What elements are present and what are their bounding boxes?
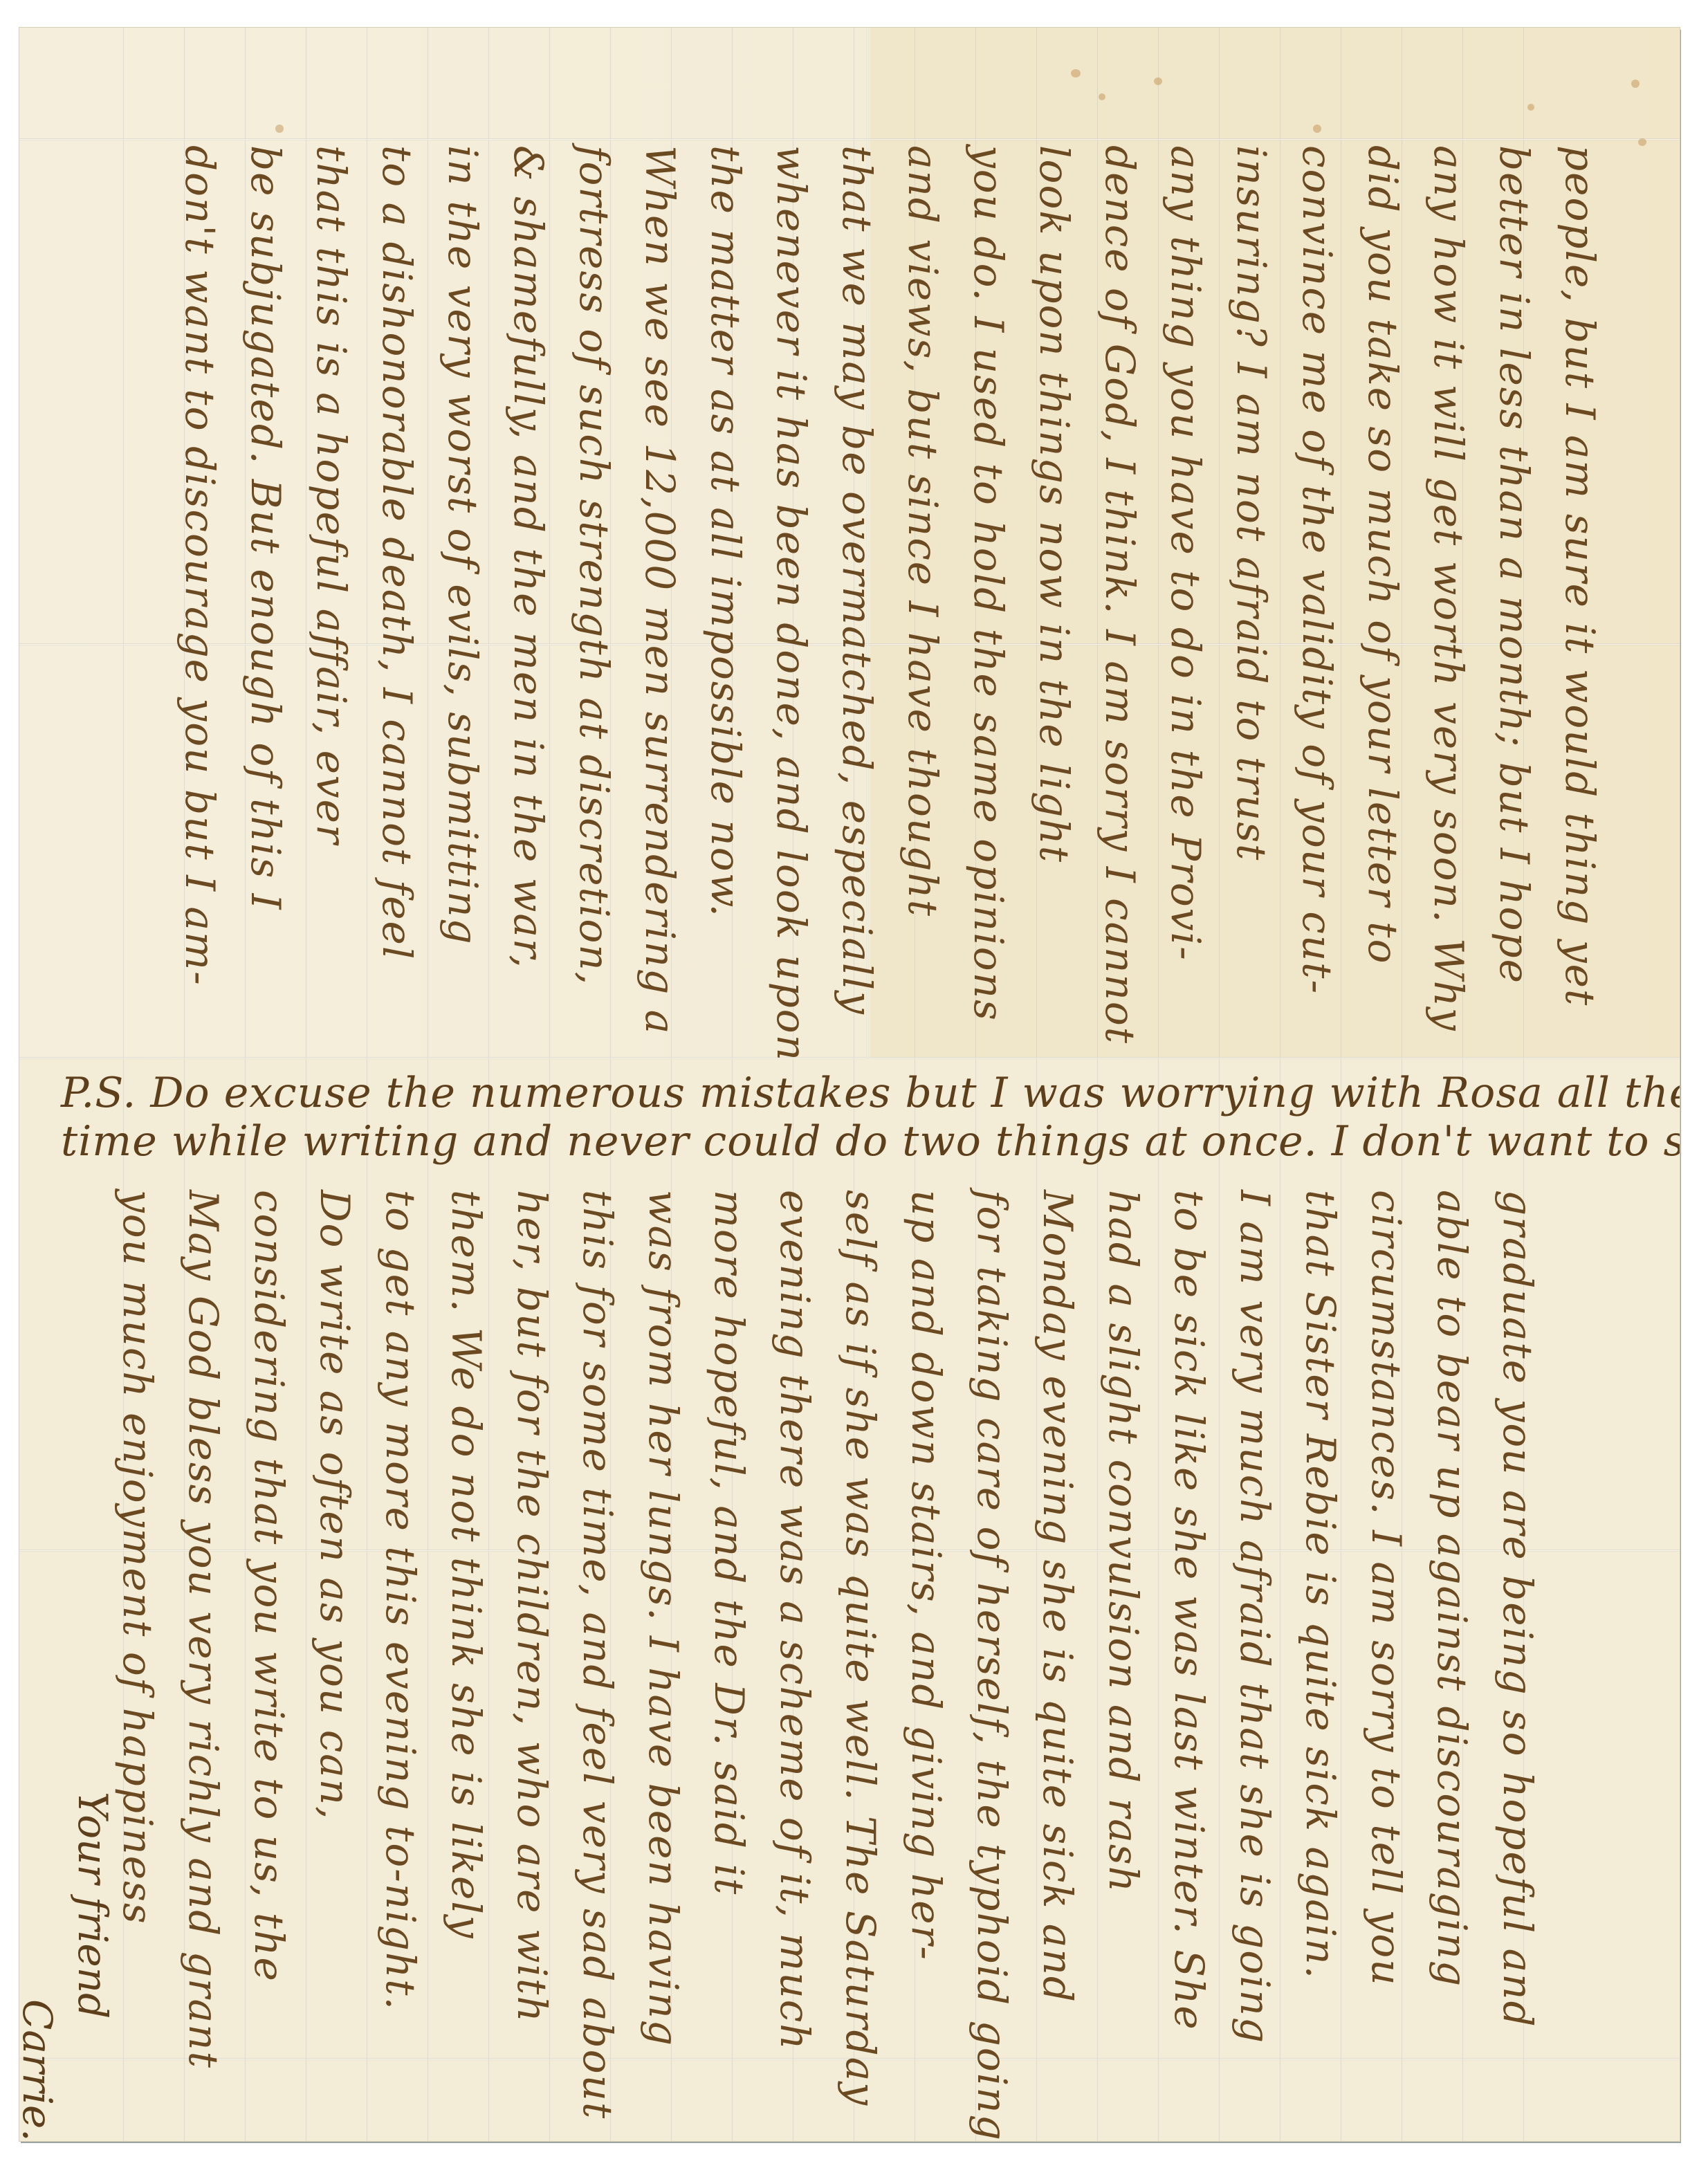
letter-line: circumstances. I am sorry to tell you (1363, 1190, 1410, 1987)
fold-crease (19, 138, 1680, 140)
letter-line: them. We do not think she is likely (443, 1190, 490, 1940)
letter-line: I am very much afraid that she is going (1231, 1190, 1278, 2044)
letter-line: people, but I am sure it would thing yet (1557, 145, 1604, 1007)
letter-line: more hopeful, and the Dr. said it (706, 1190, 753, 1895)
foxing-spot (1071, 69, 1081, 77)
letter-line: fortress of such strength at discretion, (571, 145, 618, 986)
signature-name: Carrie. (19, 1999, 61, 2141)
letter-line: When we see 12,000 men surrendering a (636, 145, 683, 1035)
letter-line: in the very worst of evils, submitting (439, 145, 486, 946)
postscript-line-2: time while writing and never could do tw… (61, 1117, 1680, 1166)
foxing-spot (1313, 125, 1321, 133)
letter-line: convince me of the validity of your cut- (1294, 145, 1341, 995)
letter-line: graduate you are being so hopeful and (1494, 1190, 1541, 2028)
foxing-spot (1638, 138, 1646, 146)
letter-line: to a dishonorable death, I cannot feel (374, 145, 421, 960)
letter-line: that we may be overmatched, especially (834, 145, 881, 1016)
foxing-spot (1099, 93, 1105, 100)
letter-line: don't want to discourage you but I am- (176, 145, 223, 986)
letter-line: and views, but since I have thought (899, 145, 946, 917)
signature-closing: Your friend (69, 1792, 116, 2019)
letter-line: any how it will get worth very soon. Why (1425, 145, 1472, 1032)
letter-line: whenever it has been done, and look upon (768, 145, 815, 1062)
foxing-spot (1154, 77, 1162, 85)
letter-line: insuring? I am not afraid to trust (1228, 145, 1275, 861)
letter-line: be subjugated. But enough of this I (242, 145, 289, 911)
letter-line: Do write as often as you can, (311, 1190, 358, 1821)
foxing-spot (275, 125, 284, 133)
letter-line: for taking care of herself, the typhoid … (968, 1190, 1016, 2141)
postscript-line-1: P.S. Do excuse the numerous mistakes but… (61, 1069, 1680, 1117)
letter-line: you do. I used to hold the same opinions (965, 145, 1012, 1022)
letter-line: that this is a hopeful affair, ever (308, 145, 355, 845)
letter-line: self as if she was quite well. The Satur… (837, 1190, 884, 2106)
letter-line: May God bless you very richly and grant (180, 1190, 227, 2069)
letter-line: evening there was a scheme of it, much (771, 1190, 818, 2051)
fold-crease-center (19, 1057, 1680, 1059)
letter-line: the matter as at all impossible now. (702, 145, 749, 918)
letter-line: Monday evening she is quite sick and (1034, 1190, 1081, 2003)
letter-sheet: people, but I am sure it would thing yet… (19, 28, 1680, 2141)
letter-line: able to bear up against discouraging (1429, 1190, 1476, 1987)
letter-line: did you take so much of your letter to (1359, 145, 1406, 965)
letter-line: was from her lungs. I have been having (640, 1190, 687, 2047)
letter-line: had a slight convulsion and rash (1100, 1190, 1147, 1893)
letter-line: this for some time, and feel very sad ab… (574, 1190, 621, 2120)
letter-line: her, but for the children, who are with (508, 1190, 555, 2023)
foxing-spot (1527, 104, 1534, 111)
letter-line: dence of God, I think. I am sorry I cann… (1096, 145, 1144, 1045)
letter-line: to be sick like she was last winter. She (1166, 1190, 1213, 2031)
letter-line: considering that you write to us, the (246, 1190, 293, 1983)
letter-line: better in less than a month; but I hope (1491, 145, 1538, 984)
letter-line: that Sister Rebie is quite sick again. (1297, 1190, 1344, 1980)
foxing-spot (1631, 80, 1640, 88)
letter-line: any thing you have to do in the Provi- (1162, 145, 1209, 962)
letter-line: you much enjoyment of happiness (114, 1190, 161, 1925)
letter-line: to get any more this evening to-night. (377, 1190, 424, 2011)
letter-line: up and down stairs, and giving her- (903, 1190, 950, 1961)
letter-line: look upon things now in the light (1031, 145, 1078, 863)
letter-line: & shamefully, and the men in the war, (505, 145, 552, 969)
